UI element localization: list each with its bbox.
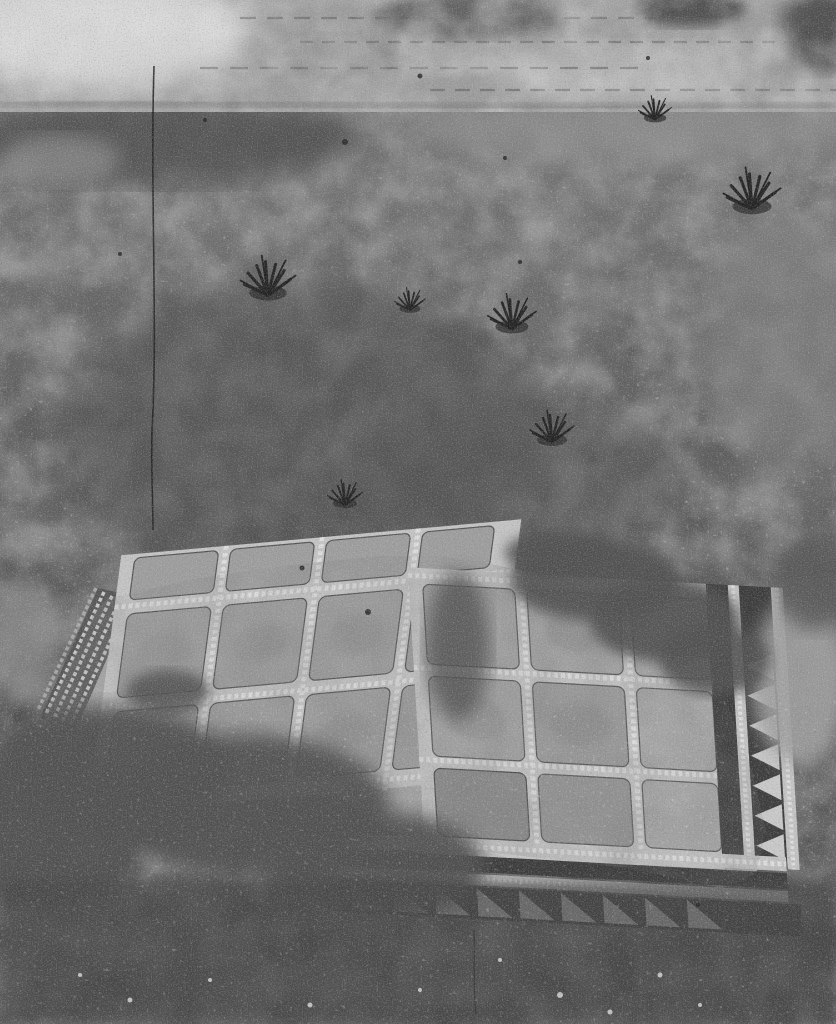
film-grain [0, 0, 836, 1024]
photo-svg [0, 0, 836, 1024]
photograph [0, 0, 836, 1024]
